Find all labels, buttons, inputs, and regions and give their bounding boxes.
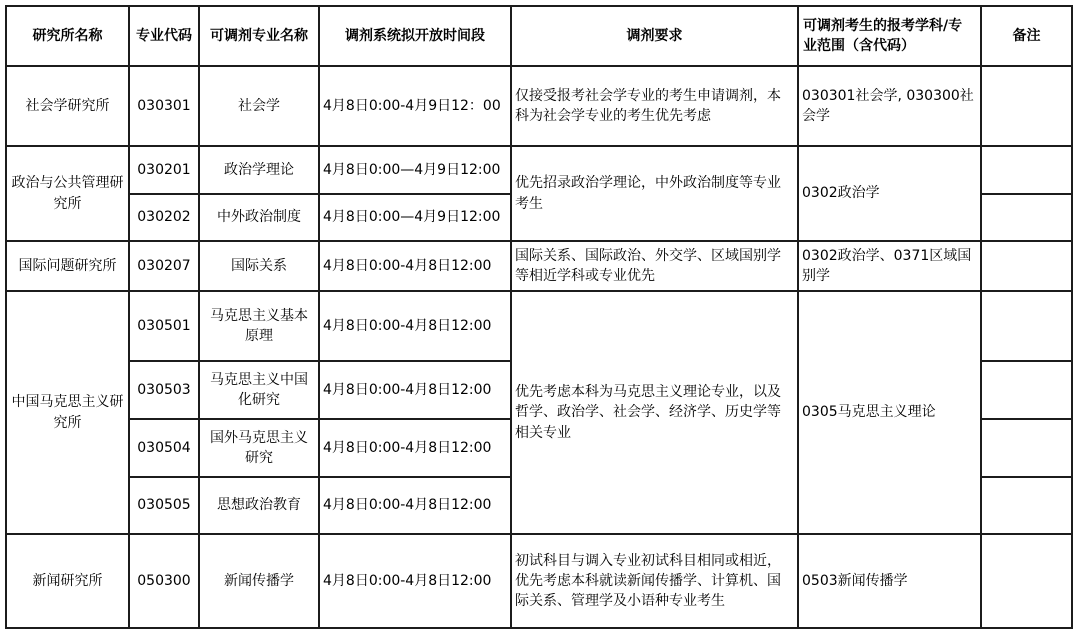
institute-cell: 政治与公共管理研究所 xyxy=(6,146,129,241)
requirement-cell: 初试科目与调入专业初试科目相同或相近，优先考虑本科就读新闻传播学、计算机、国际关… xyxy=(511,534,798,628)
major-cell: 国际关系 xyxy=(199,241,319,291)
table-row: 国际问题研究所 030207 国际关系 4月8日0:00-4月8日12:00 国… xyxy=(6,241,1072,291)
time-cell: 4月8日0:00-4月8日12:00 xyxy=(319,419,511,477)
table-row: 中国马克思主义研究所 030501 马克思主义基本原理 4月8日0:00-4月8… xyxy=(6,291,1072,361)
code-cell: 030505 xyxy=(129,477,199,534)
requirement-cell: 仅接受报考社会学专业的考生申请调剂，本科为社会学专业的考生优先考虑 xyxy=(511,66,798,146)
scope-cell: 0302政治学、0371区域国别学 xyxy=(798,241,981,291)
major-cell: 新闻传播学 xyxy=(199,534,319,628)
scope-cell: 0302政治学 xyxy=(798,146,981,241)
table-row: 社会学研究所 030301 社会学 4月8日0:00-4月9日12：00 仅接受… xyxy=(6,66,1072,146)
time-cell: 4月8日0:00—4月9日12:00 xyxy=(319,146,511,194)
requirement-cell: 优先招录政治学理论，中外政治制度等专业考生 xyxy=(511,146,798,241)
table-row: 政治与公共管理研究所 030201 政治学理论 4月8日0:00—4月9日12:… xyxy=(6,146,1072,194)
code-cell: 050300 xyxy=(129,534,199,628)
code-cell: 030202 xyxy=(129,194,199,241)
header-row: 研究所名称 专业代码 可调剂专业名称 调剂系统拟开放时间段 调剂要求 可调剂考生… xyxy=(6,6,1072,66)
remark-cell xyxy=(981,534,1072,628)
remark-cell xyxy=(981,194,1072,241)
scope-cell: 0305马克思主义理论 xyxy=(798,291,981,534)
major-cell: 马克思主义基本原理 xyxy=(199,291,319,361)
header-major: 可调剂专业名称 xyxy=(199,6,319,66)
time-cell: 4月8日0:00-4月9日12：00 xyxy=(319,66,511,146)
header-institute: 研究所名称 xyxy=(6,6,129,66)
time-cell: 4月8日0:00-4月8日12:00 xyxy=(319,361,511,419)
code-cell: 030201 xyxy=(129,146,199,194)
remark-cell xyxy=(981,66,1072,146)
header-remark: 备注 xyxy=(981,6,1072,66)
institute-cell: 新闻研究所 xyxy=(6,534,129,628)
header-code: 专业代码 xyxy=(129,6,199,66)
major-cell: 政治学理论 xyxy=(199,146,319,194)
adjustment-info-table: 研究所名称 专业代码 可调剂专业名称 调剂系统拟开放时间段 调剂要求 可调剂考生… xyxy=(5,5,1073,629)
table-row: 新闻研究所 050300 新闻传播学 4月8日0:00-4月8日12:00 初试… xyxy=(6,534,1072,628)
institute-cell: 国际问题研究所 xyxy=(6,241,129,291)
code-cell: 030503 xyxy=(129,361,199,419)
remark-cell xyxy=(981,361,1072,419)
requirement-cell: 优先考虑本科为马克思主义理论专业，以及哲学、政治学、社会学、经济学、历史学等相关… xyxy=(511,291,798,534)
code-cell: 030504 xyxy=(129,419,199,477)
time-cell: 4月8日0:00—4月9日12:00 xyxy=(319,194,511,241)
major-cell: 社会学 xyxy=(199,66,319,146)
time-cell: 4月8日0:00-4月8日12:00 xyxy=(319,477,511,534)
major-cell: 中外政治制度 xyxy=(199,194,319,241)
institute-cell: 中国马克思主义研究所 xyxy=(6,291,129,534)
remark-cell xyxy=(981,291,1072,361)
scope-cell: 030301社会学, 030300社会学 xyxy=(798,66,981,146)
scope-cell: 0503新闻传播学 xyxy=(798,534,981,628)
header-scope: 可调剂考生的报考学科/专业范围（含代码） xyxy=(798,6,981,66)
code-cell: 030207 xyxy=(129,241,199,291)
time-cell: 4月8日0:00-4月8日12:00 xyxy=(319,534,511,628)
remark-cell xyxy=(981,241,1072,291)
remark-cell xyxy=(981,477,1072,534)
remark-cell xyxy=(981,419,1072,477)
time-cell: 4月8日0:00-4月8日12:00 xyxy=(319,291,511,361)
remark-cell xyxy=(981,146,1072,194)
header-requirement: 调剂要求 xyxy=(511,6,798,66)
major-cell: 马克思主义中国化研究 xyxy=(199,361,319,419)
code-cell: 030501 xyxy=(129,291,199,361)
major-cell: 思想政治教育 xyxy=(199,477,319,534)
major-cell: 国外马克思主义研究 xyxy=(199,419,319,477)
institute-cell: 社会学研究所 xyxy=(6,66,129,146)
requirement-cell: 国际关系、国际政治、外交学、区域国别学等相近学科或专业优先 xyxy=(511,241,798,291)
time-cell: 4月8日0:00-4月8日12:00 xyxy=(319,241,511,291)
code-cell: 030301 xyxy=(129,66,199,146)
header-time: 调剂系统拟开放时间段 xyxy=(319,6,511,66)
